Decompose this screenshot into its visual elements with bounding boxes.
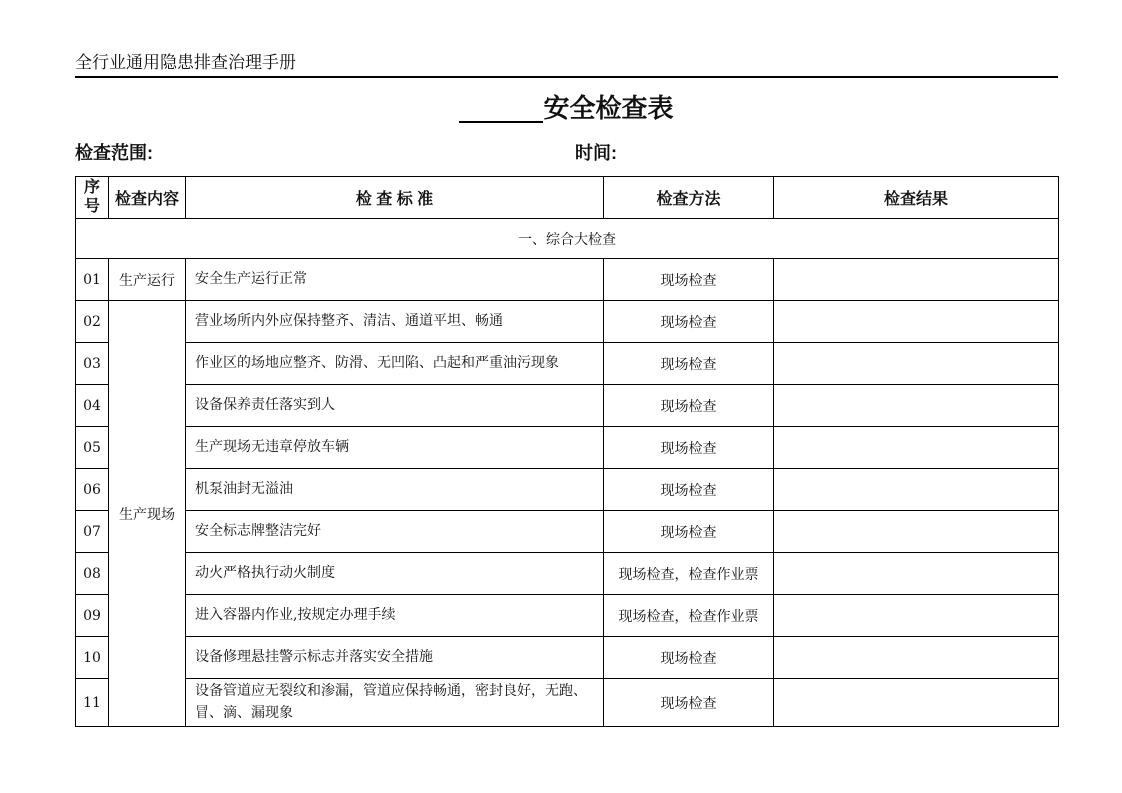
result-cell <box>774 343 1059 385</box>
content-cell: 生产运行 <box>109 259 186 301</box>
result-cell <box>774 469 1059 511</box>
seq-cell: 10 <box>76 637 109 679</box>
table-row: 09 进入容器内作业,按规定办理手续 现场检查，检查作业票 <box>76 595 1059 637</box>
seq-cell: 01 <box>76 259 109 301</box>
table-row: 02 生产现场 营业场所内外应保持整齐、清洁、通道平坦、畅通 现场检查 <box>76 301 1059 343</box>
method-cell: 现场检查 <box>604 511 774 553</box>
standard-cell: 设备保养责任落实到人 <box>186 385 604 427</box>
result-cell <box>774 511 1059 553</box>
col-header-seq: 序号 <box>76 177 109 219</box>
method-cell: 现场检查，检查作业票 <box>604 553 774 595</box>
table-row: 01 生产运行 安全生产运行正常 现场检查 <box>76 259 1059 301</box>
table-row: 04 设备保养责任落实到人 现场检查 <box>76 385 1059 427</box>
page-content: 全行业通用隐患排查治理手册 安全检查表 检查范围: 时间: 序号 检查内容 检 … <box>75 0 1058 727</box>
title-row: 安全检查表 <box>75 92 1058 124</box>
merged-content-cell: 生产现场 <box>109 301 186 727</box>
standard-cell: 设备修理悬挂警示标志并落实安全措施 <box>186 637 604 679</box>
title-underline-blank <box>459 97 543 123</box>
standard-cell: 安全生产运行正常 <box>186 259 604 301</box>
col-header-standard: 检 查 标 准 <box>186 177 604 219</box>
table-row: 05 生产现场无违章停放车辆 现场检查 <box>76 427 1059 469</box>
standard-cell: 生产现场无违章停放车辆 <box>186 427 604 469</box>
doc-header: 全行业通用隐患排查治理手册 <box>75 0 1058 78</box>
standard-cell: 进入容器内作业,按规定办理手续 <box>186 595 604 637</box>
seq-cell: 02 <box>76 301 109 343</box>
standard-cell: 安全标志牌整洁完好 <box>186 511 604 553</box>
standard-cell: 作业区的场地应整齐、防滑、无凹陷、凸起和严重油污现象 <box>186 343 604 385</box>
table-header-row: 序号 检查内容 检 查 标 准 检查方法 检查结果 <box>76 177 1059 219</box>
result-cell <box>774 259 1059 301</box>
seq-cell: 07 <box>76 511 109 553</box>
section-title: 一、综合大检查 <box>76 219 1059 259</box>
safety-checklist-table: 序号 检查内容 检 查 标 准 检查方法 检查结果 一、综合大检查 01 生产运… <box>75 176 1059 727</box>
meta-row: 检查范围: 时间: <box>75 139 1058 163</box>
result-cell <box>774 385 1059 427</box>
standard-cell: 设备管道应无裂纹和渗漏，管道应保持畅通，密封良好，无跑、冒、滴、漏现象 <box>186 679 604 727</box>
time-label: 时间: <box>575 139 617 165</box>
standard-cell: 机泵油封无溢油 <box>186 469 604 511</box>
result-cell <box>774 637 1059 679</box>
seq-cell: 09 <box>76 595 109 637</box>
page-title: 安全检查表 <box>543 93 673 123</box>
standard-cell: 营业场所内外应保持整齐、清洁、通道平坦、畅通 <box>186 301 604 343</box>
col-header-method: 检查方法 <box>604 177 774 219</box>
seq-cell: 05 <box>76 427 109 469</box>
method-cell: 现场检查，检查作业票 <box>604 595 774 637</box>
seq-cell: 11 <box>76 679 109 727</box>
table-row: 06 机泵油封无溢油 现场检查 <box>76 469 1059 511</box>
method-cell: 现场检查 <box>604 637 774 679</box>
table-row: 03 作业区的场地应整齐、防滑、无凹陷、凸起和严重油污现象 现场检查 <box>76 343 1059 385</box>
standard-cell: 动火严格执行动火制度 <box>186 553 604 595</box>
scope-label: 检查范围: <box>75 139 153 165</box>
table-row: 10 设备修理悬挂警示标志并落实安全措施 现场检查 <box>76 637 1059 679</box>
method-cell: 现场检查 <box>604 679 774 727</box>
method-cell: 现场检查 <box>604 343 774 385</box>
method-cell: 现场检查 <box>604 427 774 469</box>
result-cell <box>774 301 1059 343</box>
result-cell <box>774 595 1059 637</box>
seq-cell: 08 <box>76 553 109 595</box>
col-header-result: 检查结果 <box>774 177 1059 219</box>
method-cell: 现场检查 <box>604 469 774 511</box>
seq-cell: 03 <box>76 343 109 385</box>
manual-title: 全行业通用隐患排查治理手册 <box>75 53 296 73</box>
col-header-content: 检查内容 <box>109 177 186 219</box>
seq-cell: 06 <box>76 469 109 511</box>
result-cell <box>774 679 1059 727</box>
method-cell: 现场检查 <box>604 385 774 427</box>
result-cell <box>774 427 1059 469</box>
seq-cell: 04 <box>76 385 109 427</box>
section-row: 一、综合大检查 <box>76 219 1059 259</box>
table-row: 07 安全标志牌整洁完好 现场检查 <box>76 511 1059 553</box>
method-cell: 现场检查 <box>604 301 774 343</box>
table-row: 11 设备管道应无裂纹和渗漏，管道应保持畅通，密封良好，无跑、冒、滴、漏现象 现… <box>76 679 1059 727</box>
table-row: 08 动火严格执行动火制度 现场检查，检查作业票 <box>76 553 1059 595</box>
method-cell: 现场检查 <box>604 259 774 301</box>
result-cell <box>774 553 1059 595</box>
